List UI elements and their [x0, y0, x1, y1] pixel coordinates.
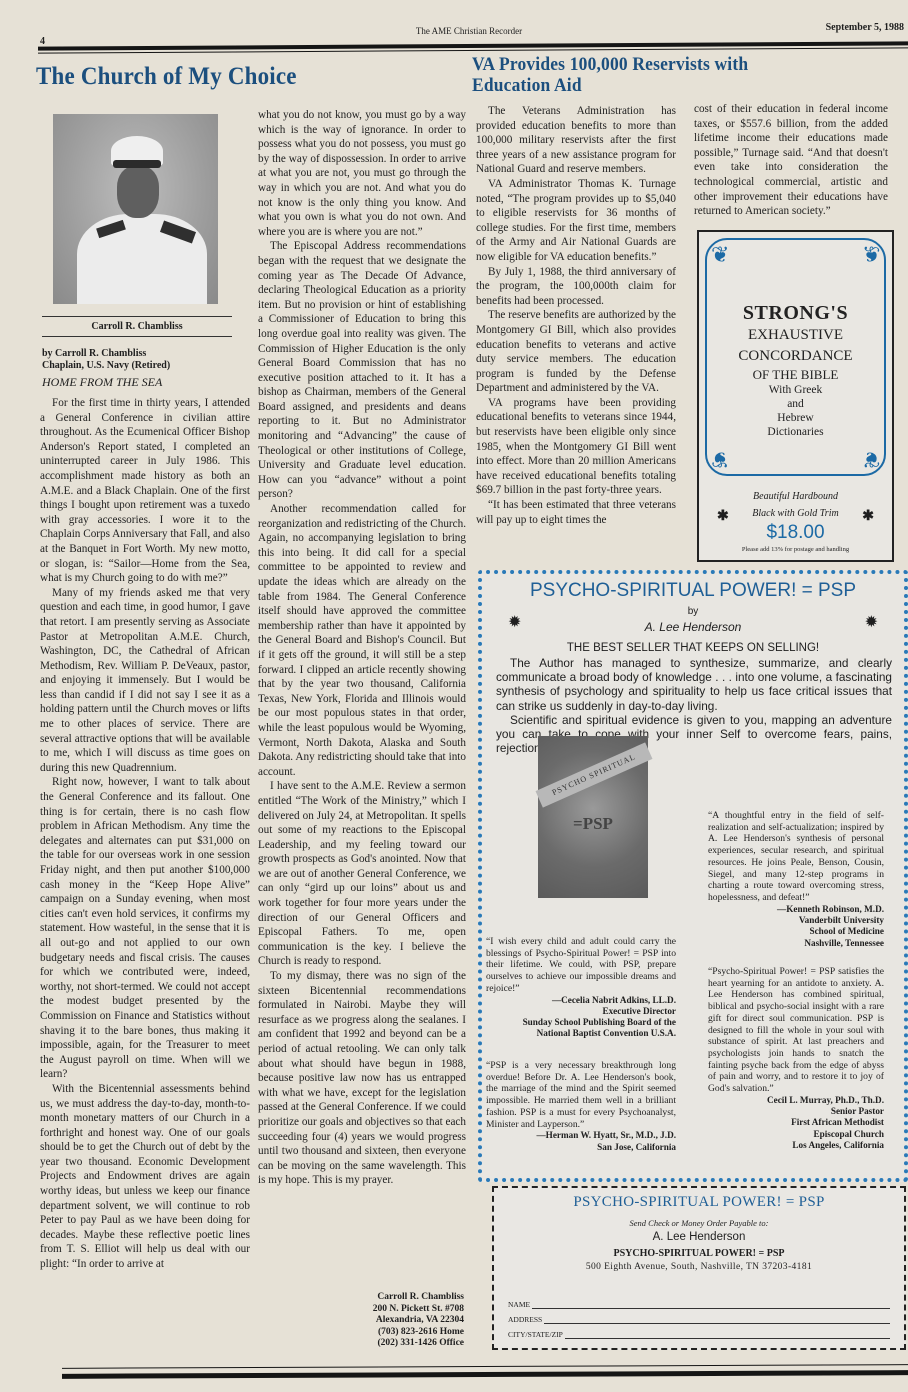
flourish-icon: ❦: [711, 448, 729, 470]
testimonial-attribution: —Kenneth Robinson, M.D. Vanderbilt Unive…: [708, 904, 884, 949]
testimonial-attribution: —Cecelia Nabrit Adkins, LL.D. Executive …: [486, 995, 676, 1040]
signature-city: Alexandria, VA 22304: [373, 1315, 464, 1327]
testimonial-text: “PSP is a very necessary breakthrough lo…: [486, 1060, 676, 1130]
flourish-icon: ❦: [711, 244, 729, 266]
field-label: CITY/STATE/ZIP: [508, 1330, 563, 1339]
headline-va-line2: Education Aid: [472, 75, 582, 96]
order-coupon: PSYCHO-SPIRITUAL POWER! = PSP Send Check…: [492, 1186, 906, 1350]
paragraph: Many of my friends asked me that very qu…: [40, 586, 250, 776]
byline-author: by Carroll R. Chambliss: [42, 348, 170, 360]
paragraph: The Veterans Administration has provided…: [476, 104, 676, 177]
va-column-2: cost of their education in federal incom…: [694, 102, 888, 219]
author-photo: [53, 114, 218, 304]
paragraph: I have sent to the A.M.E. Review a sermo…: [258, 779, 466, 969]
headline-va-line1: VA Provides 100,000 Reservists with: [472, 54, 748, 75]
paragraph: With the Bicentennial assessments behind…: [40, 1082, 250, 1272]
strongs-concordance-ad: ❦ ❦ ❦ ❦ STRONG'S EXHAUSTIVE CONCORDANCE …: [697, 230, 894, 562]
testimonial-text: “A thoughtful entry in the field of self…: [708, 810, 884, 904]
paragraph: “It has been estimated that three vetera…: [476, 498, 676, 527]
price: $18.00: [699, 522, 892, 544]
va-column-1: The Veterans Administration has provided…: [476, 104, 676, 527]
byline-title: Chaplain, U.S. Navy (Retired): [42, 360, 170, 372]
paragraph: what you do not know, you must go by a w…: [258, 108, 466, 239]
paragraph: To my dismay, there was no sign of the s…: [258, 969, 466, 1188]
attrib-line: Cecil L. Murray, Ph.D., Th.D.: [708, 1095, 884, 1106]
publication-name: The AME Christian Recorder: [30, 26, 908, 36]
flourish-icon: ❦: [862, 244, 880, 266]
paragraph: The Episcopal Address recommendations be…: [258, 239, 466, 502]
ornate-frame: ❦ ❦ ❦ ❦ STRONG'S EXHAUSTIVE CONCORDANCE …: [705, 238, 886, 476]
postage-note: Please add 13% for postage and handling: [699, 546, 892, 553]
city-state-zip-input-line[interactable]: [565, 1330, 890, 1339]
address-field[interactable]: ADDRESS: [508, 1315, 890, 1324]
cap-visor: [113, 160, 161, 168]
ad-line: With Greek: [707, 383, 884, 397]
paragraph: By July 1, 1988, the third anniversary o…: [476, 265, 676, 309]
signature-street: 200 N. Pickett St. #708: [373, 1304, 464, 1316]
ad-line: OF THE BIBLE: [707, 367, 884, 383]
testimonial-text: “I wish every child and adult could carr…: [486, 936, 676, 995]
paragraph: cost of their education in federal incom…: [694, 102, 888, 219]
paragraph: VA programs have been providing educatio…: [476, 396, 676, 498]
ad-line: CONCORDANCE: [707, 348, 884, 365]
testimonial-text: “Psycho-Spiritual Power! = PSP satisfies…: [708, 966, 884, 1095]
attrib-line: San Jose, California: [486, 1142, 676, 1153]
page-number: 4: [40, 36, 45, 47]
attrib-line: Senior Pastor: [708, 1106, 884, 1117]
ad-by: by: [482, 606, 904, 617]
attrib-line: National Baptist Convention U.S.A.: [486, 1028, 676, 1039]
ad-author: A. Lee Henderson: [482, 620, 904, 634]
photo-caption: Carroll R. Chambliss: [42, 316, 232, 337]
testimonial: “Psycho-Spiritual Power! = PSP satisfies…: [708, 966, 884, 1151]
bottom-rule: [62, 1370, 908, 1379]
paragraph: For the first time in thirty years, I at…: [40, 396, 250, 586]
signature-name: Carroll R. Chambliss: [373, 1292, 464, 1304]
paragraph: The reserve benefits are authorized by t…: [476, 308, 676, 396]
attrib-line: School of Medicine: [708, 926, 884, 937]
paragraph: Right now, however, I want to talk about…: [40, 775, 250, 1081]
testimonial: “I wish every child and adult could carr…: [486, 936, 676, 1040]
testimonial: “A thoughtful entry in the field of self…: [708, 810, 884, 949]
author-signature: Carroll R. Chambliss 200 N. Pickett St. …: [373, 1292, 464, 1350]
attrib-line: —Kenneth Robinson, M.D.: [708, 904, 884, 915]
attrib-line: —Cecelia Nabrit Adkins, LL.D.: [486, 995, 676, 1006]
ad-line: and: [707, 397, 884, 411]
paragraph: VA Administrator Thomas K. Turnage noted…: [476, 177, 676, 265]
headline-church: The Church of My Choice: [36, 64, 297, 89]
attrib-line: Los Angeles, California: [708, 1140, 884, 1151]
face-shape: [117, 166, 159, 218]
name-input-line[interactable]: [532, 1300, 890, 1309]
coupon-product: PSYCHO-SPIRITUAL POWER! = PSP: [494, 1248, 904, 1259]
coupon-address: 500 Eighth Avenue, South, Nashville, TN …: [494, 1262, 904, 1272]
attrib-line: Episcopal Church: [708, 1129, 884, 1140]
field-label: NAME: [508, 1300, 530, 1309]
ad-title: PSYCHO-SPIRITUAL POWER! = PSP: [482, 580, 904, 602]
issue-date: September 5, 1988: [826, 22, 904, 33]
name-field[interactable]: NAME: [508, 1300, 890, 1309]
attrib-line: —Herman W. Hyatt, Sr., M.D., J.D.: [486, 1130, 676, 1141]
testimonial-attribution: Cecil L. Murray, Ph.D., Th.D. Senior Pas…: [708, 1095, 884, 1151]
signature-home-phone: (703) 823-2616 Home: [373, 1327, 464, 1339]
paragraph: The Author has managed to synthesize, su…: [496, 656, 892, 713]
headline-va: VA Provides 100,000 Reservists with Educ…: [472, 54, 748, 96]
field-label: ADDRESS: [508, 1315, 542, 1324]
testimonial-attribution: —Herman W. Hyatt, Sr., M.D., J.D. San Jo…: [486, 1130, 676, 1153]
signature-office-phone: (202) 331-1426 Office: [373, 1338, 464, 1350]
attrib-line: Vanderbilt University: [708, 915, 884, 926]
church-column-2: what you do not know, you must go by a w…: [258, 108, 466, 1188]
flourish-icon: ❦: [862, 448, 880, 470]
ad-tagline: THE BEST SELLER THAT KEEPS ON SELLING!: [482, 642, 904, 654]
testimonial: “PSP is a very necessary breakthrough lo…: [486, 1060, 676, 1153]
book-cover-image: PSYCHO SPIRITUAL =PSP: [538, 736, 648, 898]
coupon-payee: A. Lee Henderson: [494, 1231, 904, 1243]
ad-line: EXHAUSTIVE: [707, 327, 884, 344]
coupon-instructions: Send Check or Money Order Payable to:: [494, 1218, 904, 1228]
paragraph: Another recommendation called for reorga…: [258, 502, 466, 779]
byline: by Carroll R. Chambliss Chaplain, U.S. N…: [42, 348, 170, 372]
subhead: HOME FROM THE SEA: [42, 375, 162, 390]
book-cover-band: PSYCHO SPIRITUAL: [536, 742, 653, 807]
ad-line: Dictionaries: [707, 425, 884, 439]
attrib-line: Sunday School Publishing Board of the: [486, 1017, 676, 1028]
desc-line: Beautiful Hardbound: [699, 488, 892, 505]
coupon-title: PSYCHO-SPIRITUAL POWER! = PSP: [494, 1194, 904, 1211]
attrib-line: First African Methodist: [708, 1117, 884, 1128]
ad-line: Hebrew: [707, 411, 884, 425]
city-state-zip-field[interactable]: CITY/STATE/ZIP: [508, 1330, 890, 1339]
address-input-line[interactable]: [544, 1315, 890, 1324]
attrib-line: Nashville, Tennessee: [708, 938, 884, 949]
church-column-1: For the first time in thirty years, I at…: [40, 396, 250, 1272]
attrib-line: Executive Director: [486, 1006, 676, 1017]
psp-book-ad: PSYCHO-SPIRITUAL POWER! = PSP by ✹ ✹ A. …: [478, 570, 908, 1182]
bottom-rule-thin: [62, 1364, 908, 1369]
ad-title: STRONG'S: [707, 302, 884, 325]
book-cover-title: =PSP: [538, 814, 648, 834]
